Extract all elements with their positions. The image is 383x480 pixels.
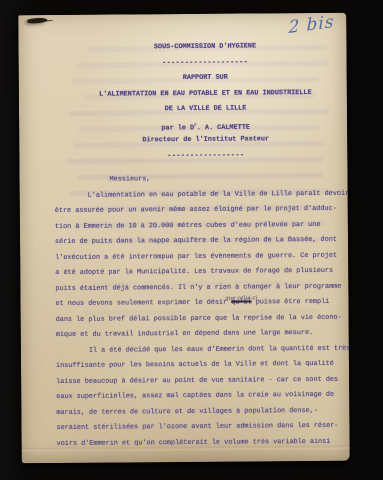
- correction: qu'ilque celui-ci: [231, 298, 251, 306]
- body-line: mique et du travail industriel en dépend…: [56, 326, 347, 344]
- body-line: être assurée pour un avenir même assez é…: [55, 202, 346, 220]
- handwritten-insertion: que celui-ci: [225, 291, 257, 307]
- body-line: voirs d'Emmerin et qu'on compléterait le…: [57, 434, 348, 452]
- body-line: eaux superficielles, assez mal captées d…: [56, 388, 347, 406]
- body-line: insuffisante pour les besoins actuels de…: [56, 357, 347, 375]
- report-title-line1: L'ALIMENTATION EN EAU POTABLE ET EN EAU …: [54, 85, 345, 103]
- body-line: série de puits dans la nappe aquifère de…: [55, 233, 346, 251]
- body-line: seraient stérilisées par l'ozone avant l…: [56, 419, 347, 437]
- document-page: 2 bis SOUS-COMMISSION D'HYGIENE --------…: [18, 13, 350, 464]
- body-line: a été adopté par la Municipalité. Les tr…: [55, 264, 346, 282]
- body-line-with-correction: et nous devons seulement exprimer le dés…: [55, 295, 346, 313]
- typewritten-content: SOUS-COMMISSION D'HYGIENE --------------…: [18, 13, 350, 464]
- scanned-document: 2 bis SOUS-COMMISSION D'HYGIENE --------…: [0, 0, 383, 480]
